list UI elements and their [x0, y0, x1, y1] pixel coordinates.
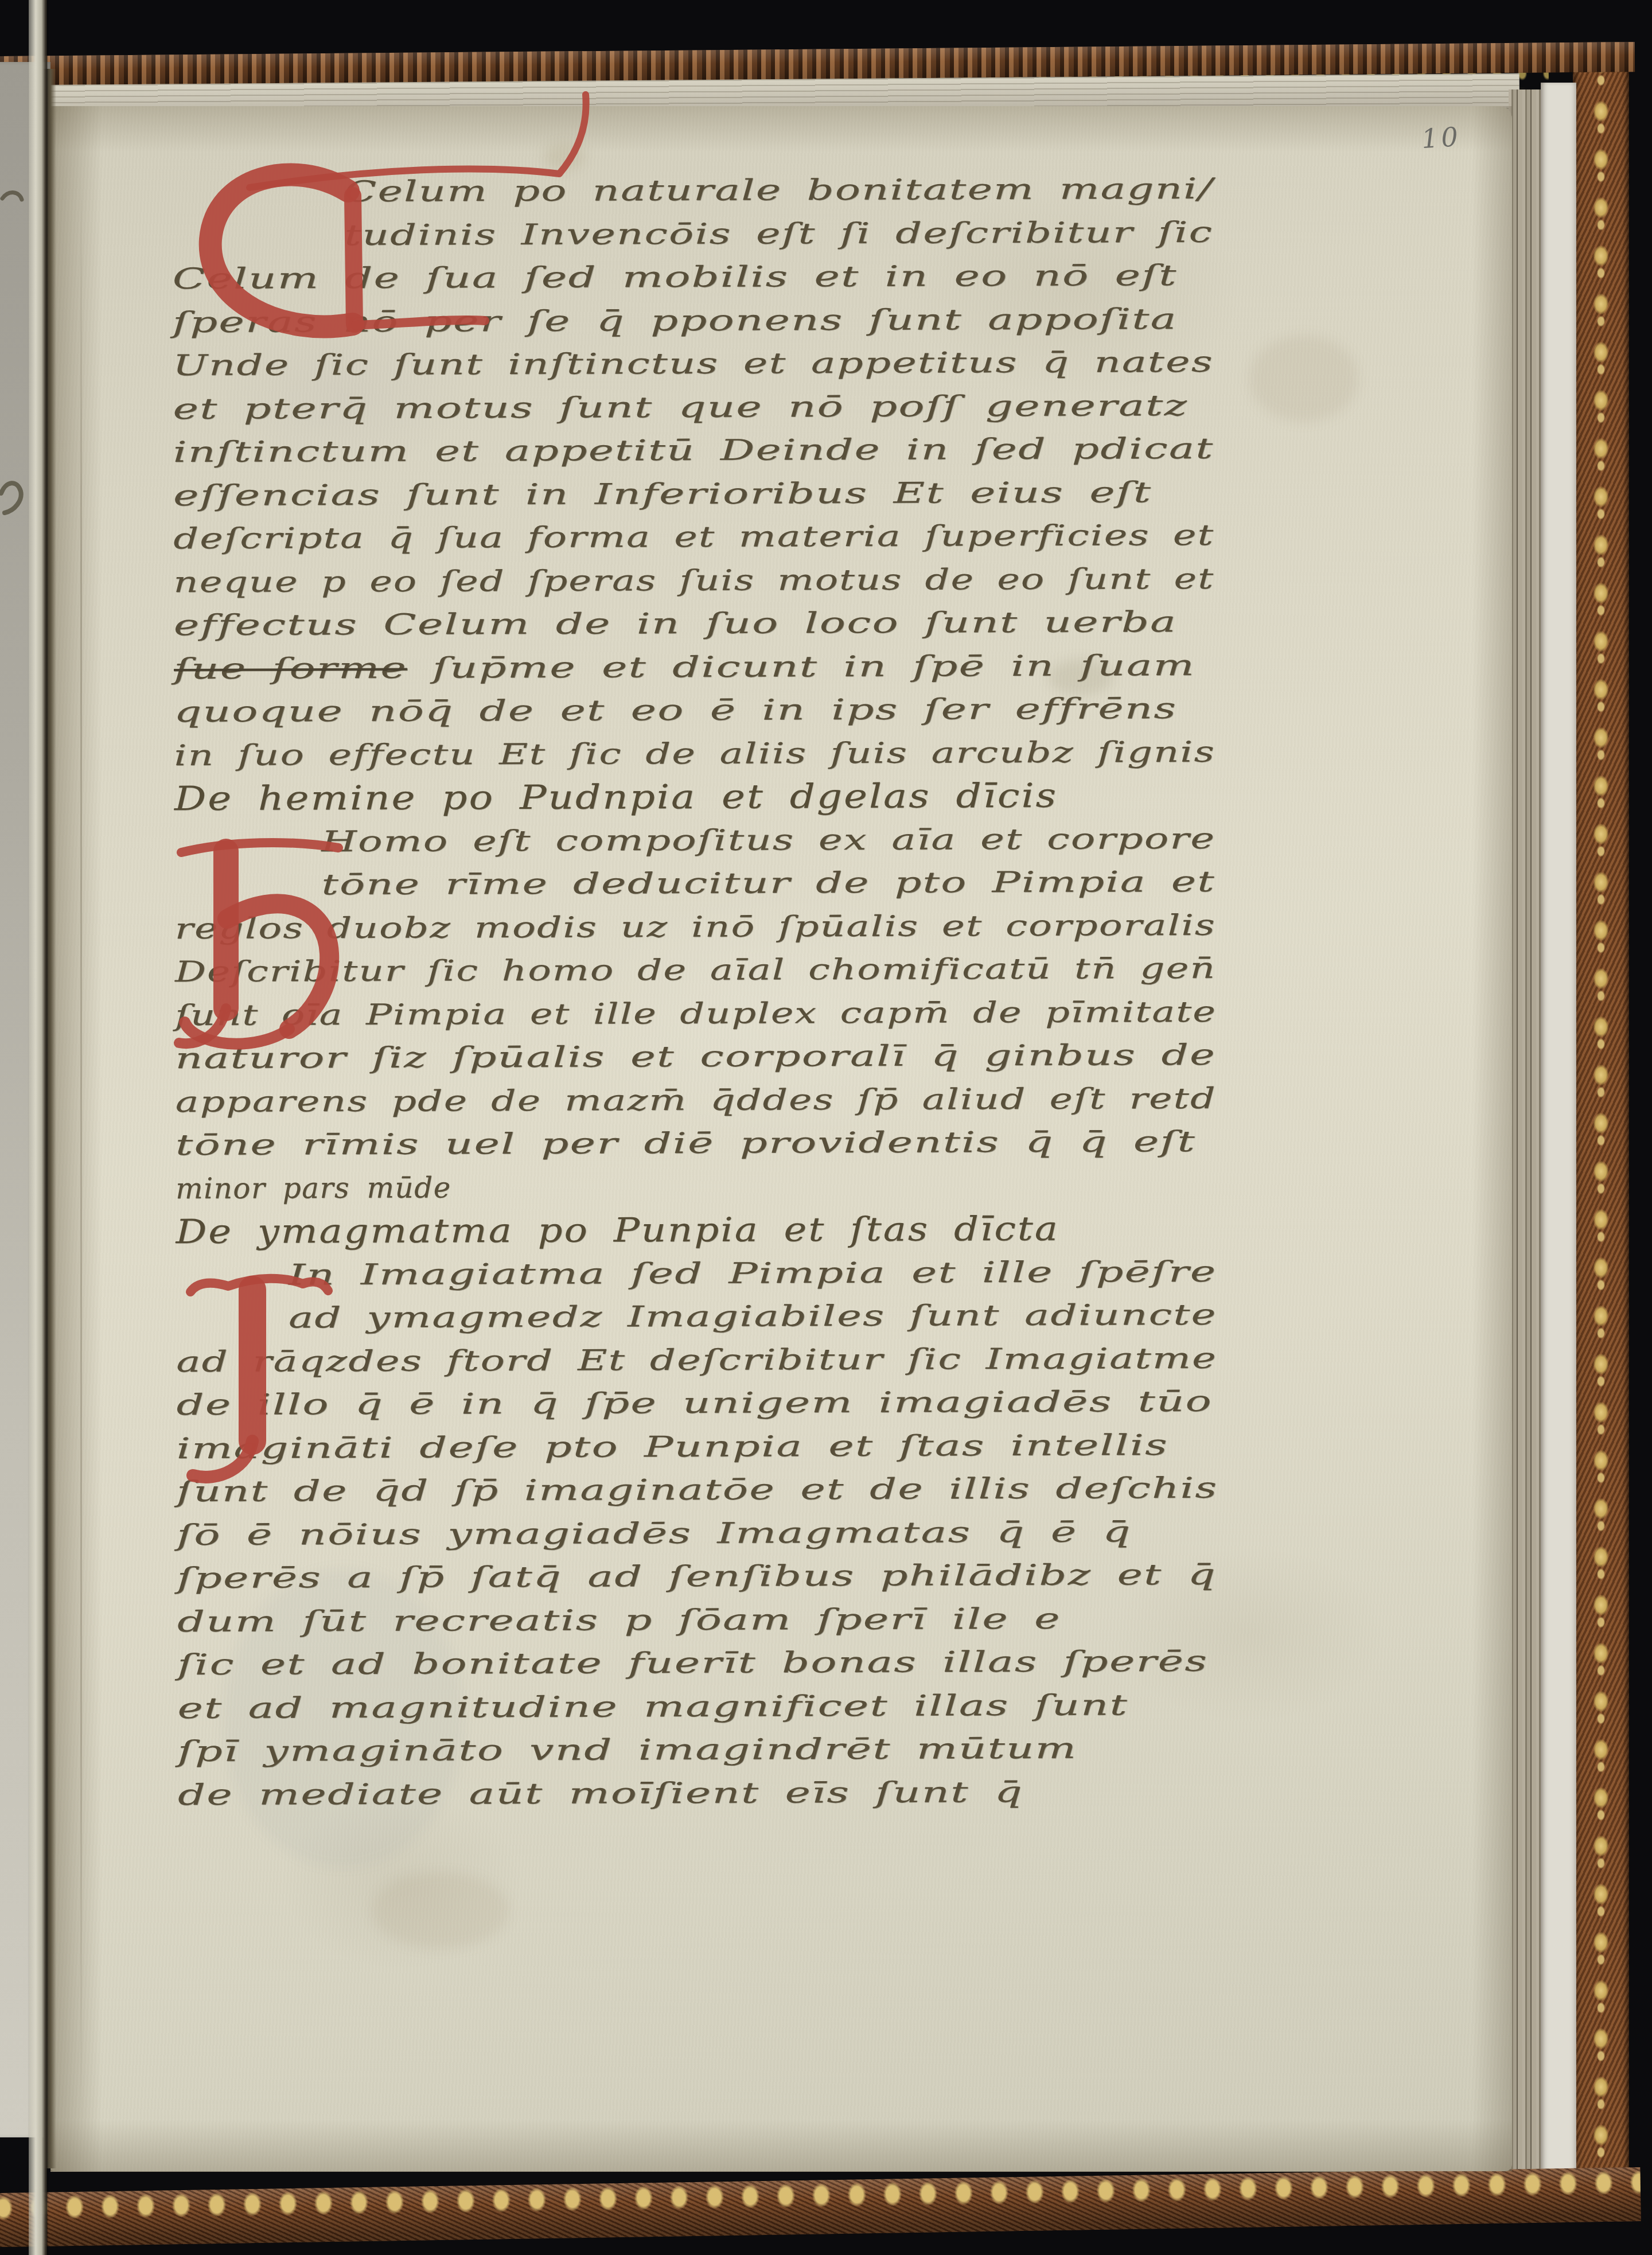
manuscript-line: ſō ē nōius ymagiadēs Imagmatas q̄ ē q̄: [177, 1510, 1218, 1557]
manuscript-line: ſic et ad bonitate fuerīt bonas illas ſp…: [177, 1640, 1218, 1687]
manuscript-line: de mediate aūt moīſient eīs ſunt q̄: [178, 1770, 1219, 1817]
manuscript-line-text: ad ymagmedz Imagiabiles ſunt adiuncte: [289, 1294, 1217, 1340]
manuscript-line: In Imagiatma ſed Pimpia et ille ſpēſre: [289, 1250, 1217, 1296]
manuscript-line: ad ymagmedz Imagiabiles ſunt adiuncte: [289, 1294, 1217, 1340]
page-crease: [80, 175, 82, 2125]
flyleaf-edge: [1541, 83, 1576, 2189]
rubric-initial-h: [171, 833, 366, 1068]
chapter-heading-text: De ymagmatma po Punpia et ſtas dīcta: [176, 1208, 1059, 1254]
manuscript-line: et ad magnitudine magnificet illas ſunt: [177, 1683, 1218, 1730]
book-cover-bottom-edge: [0, 2167, 1641, 2247]
manuscript-line: Unde ſic ſunt inſtinctus et appetitus q̄…: [173, 341, 1214, 388]
manuscript-line-text: ſō ē nōius ymagiadēs Imagmatas q̄ ē q̄: [177, 1510, 1132, 1557]
book-cover-fore-edge: [1573, 48, 1629, 2221]
page-shading-left: [50, 106, 102, 2171]
manuscript-line-text: effectus Celum de in ſuo loco ſunt uerba: [174, 601, 1178, 648]
manuscript-line: effectus Celum de in ſuo loco ſunt uerba: [174, 601, 1215, 648]
manuscript-line-text: inſtinctum et appetitū Deinde in ſed pdi…: [173, 427, 1214, 474]
manuscript-line: inſtinctum et appetitū Deinde in ſed pdi…: [173, 427, 1214, 474]
manuscript-line: dum ſūt recreatis p ſōam ſperī ile e: [177, 1596, 1218, 1643]
manuscript-line: tōne rīmis uel per diē providentis q̄ q̄…: [176, 1120, 1217, 1167]
struck-through-words: ſue ſorme: [174, 651, 407, 685]
rubric-initial-c: [163, 77, 611, 347]
manuscript-line: neque p eo ſed ſperas ſuis motus de eo ſ…: [173, 557, 1214, 604]
manuscript-line: tōne rīme deducitur de pto Pimpia et: [321, 860, 1215, 907]
chapter-heading: De ymagmatma po Punpia et ſtas dīcta: [176, 1207, 1217, 1254]
manuscript-line: minor pars mūde: [176, 1163, 1217, 1210]
manuscript-line-text: apparens pde de mazm̄ q̄ddes ſp̄ aliud e…: [176, 1077, 1217, 1124]
page-edges-right: [1509, 89, 1544, 2172]
page-shading-right: [1472, 106, 1512, 2171]
manuscript-line: in ſuo effectu Et ſic de aliis ſuis arcu…: [174, 730, 1215, 777]
manuscript-line-text: ſpī ymagināto vnd imagindrēt mūtum: [177, 1727, 1077, 1774]
manuscript-line: deſcripta q̄ ſua forma et materia ſuperf…: [173, 514, 1214, 561]
manuscript-photo: 10 Celum po naturale bonitatem magni/tud…: [0, 0, 1652, 2255]
manuscript-line: ſue ſorme ſup̄me et dicunt in ſpē in ſua…: [174, 644, 1215, 691]
stain: [372, 1873, 509, 1949]
chapter-heading-text: De hemine po Pudnpia et dgelas dīcis: [174, 774, 1058, 821]
manuscript-line: et pterq̄ motus ſunt que nō poſſ generat…: [173, 384, 1214, 431]
manuscript-line-text: dum ſūt recreatis p ſōam ſperī ile e: [177, 1597, 1061, 1643]
manuscript-line: eſſencias ſunt in Inferioribus Et eius e…: [173, 470, 1214, 517]
manuscript-line-text: In Imagiatma ſed Pimpia et ille ſpēſre: [289, 1250, 1217, 1296]
manuscript-line: quoque nōq̄ de et eo ē in ips ſer effrēn…: [174, 687, 1215, 734]
manuscript-line-text: et ad magnitudine magnificet illas ſunt: [177, 1684, 1128, 1730]
manuscript-line-text: de mediate aūt moīſient eīs ſunt q̄: [178, 1770, 1023, 1817]
manuscript-line-text: et pterq̄ motus ſunt que nō poſſ generat…: [173, 384, 1188, 431]
manuscript-line: ſpī ymagināto vnd imagindrēt mūtum: [177, 1727, 1218, 1774]
manuscript-line-text: minor pars mūde: [176, 1166, 451, 1210]
manuscript-line-text: quoque nōq̄ de et eo ē in ips ſer effrēn…: [174, 687, 1177, 734]
rubric-initial-i: [182, 1269, 337, 1498]
page-holder-strip: [29, 0, 47, 2255]
chapter-heading: De hemine po Pudnpia et dgelas dīcis: [174, 774, 1215, 821]
manuscript-line-text: in ſuo effectu Et ſic de aliis ſuis arcu…: [174, 730, 1215, 777]
manuscript-line-text: Unde ſic ſunt inſtinctus et appetitus q̄…: [173, 341, 1214, 388]
manuscript-line-text: deſcripta q̄ ſua forma et materia ſuperf…: [173, 514, 1214, 561]
folio-number: 10: [1420, 121, 1462, 155]
stain: [1249, 336, 1358, 422]
manuscript-line-text: tōne rīme deducitur de pto Pimpia et: [321, 860, 1215, 907]
manuscript-line-text: ſue ſorme ſup̄me et dicunt in ſpē in ſua…: [174, 644, 1195, 691]
page-shading-bottom: [50, 2120, 1512, 2171]
manuscript-line-text: neque p eo ſed ſperas ſuis motus de eo ſ…: [173, 557, 1214, 604]
manuscript-line: apparens pde de mazm̄ q̄ddes ſp̄ aliud e…: [176, 1077, 1217, 1124]
manuscript-line-text: ſperēs a ſp̄ ſatq̄ ad ſenſibus philādibz…: [177, 1553, 1216, 1600]
manuscript-line: ſperēs a ſp̄ ſatq̄ ad ſenſibus philādibz…: [177, 1553, 1218, 1600]
manuscript-line-text: tōne rīmis uel per diē providentis q̄ q̄…: [176, 1120, 1196, 1167]
manuscript-line-text: eſſencias ſunt in Inferioribus Et eius e…: [173, 471, 1152, 517]
manuscript-line: Homo eſt compoſitus ex aīa et corpore: [321, 817, 1215, 863]
manuscript-line-text: Homo eſt compoſitus ex aīa et corpore: [321, 817, 1215, 863]
manuscript-line-text: ſic et ad bonitate fuerīt bonas illas ſp…: [177, 1640, 1208, 1687]
